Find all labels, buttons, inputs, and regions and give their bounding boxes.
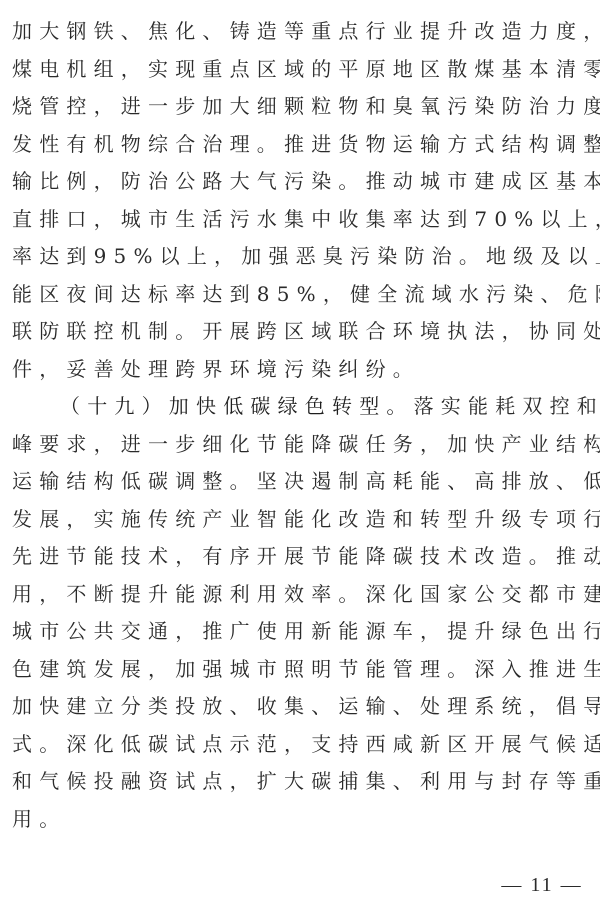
paragraph-low-carbon-transition: （十九）加快低碳绿色转型。落实能耗双控和2030年前碳达 峰要求，进一步细化节能… (12, 388, 590, 838)
text-line: 件，妥善处理跨界环境污染纠纷。 (12, 351, 590, 389)
text-line: 城市公共交通，推广使用新能源车，提升绿色出行比例。推动绿 (12, 613, 590, 651)
text-line: 式。深化低碳试点示范，支持西咸新区开展气候适应性城市试点 (12, 726, 590, 764)
text-line: 和气候投融资试点，扩大碳捕集、利用与封存等重点减排技术应 (12, 763, 590, 801)
text-line: 色建筑发展，加强城市照明节能管理。深入推进生活垃圾分类， (12, 651, 590, 689)
text-line: 联防联控机制。开展跨区域联合环境执法，协同处置突发环境事 (12, 313, 590, 351)
text-line: 率达到95%以上，加强恶臭污染防治。地级及以上城市声环境功 (12, 238, 590, 276)
text-line: 直排口，城市生活污水集中收集率达到70%以上，县城污水处理 (12, 201, 590, 239)
text-line: 发展，实施传统产业智能化改造和转型升级专项行动，大力推广 (12, 501, 590, 539)
heading-line-rest: 落实能耗双控和2030年前碳达 (414, 394, 600, 418)
text-line: 运输结构低碳调整。坚决遏制高耗能、高排放、低水平项目盲目 (12, 463, 590, 501)
text-line: 煤电机组，实现重点区域的平原地区散煤基本清零。实施秸秆焚 (12, 51, 590, 89)
text-line: 用，不断提升能源利用效率。深化国家公交都市建设，优先发展 (12, 576, 590, 614)
text-line: 用。 (12, 801, 590, 839)
text-line: 峰要求，进一步细化节能降碳任务，加快产业结构、能源结构和 (12, 426, 590, 464)
text-line: 加大钢铁、焦化、铸造等重点行业提升改造力度，加快淘汰落后 (12, 13, 590, 51)
paragraph-pollution-control: 加大钢铁、焦化、铸造等重点行业提升改造力度，加快淘汰落后 煤电机组，实现重点区域… (12, 13, 590, 388)
section-heading: （十九）加快低碳绿色转型。 (60, 394, 414, 418)
document-page: 加大钢铁、焦化、铸造等重点行业提升改造力度，加快淘汰落后 煤电机组，实现重点区域… (12, 13, 590, 838)
text-line: 能区夜间达标率达到85%，健全流域水污染、危险废物环境风险 (12, 276, 590, 314)
text-line: 加快建立分类投放、收集、运输、处理系统，倡导绿色生活方 (12, 688, 590, 726)
text-line-with-heading: （十九）加快低碳绿色转型。落实能耗双控和2030年前碳达 (12, 388, 590, 426)
text-line: 发性有机物综合治理。推进货物运输方式结构调整，提高铁路运 (12, 126, 590, 164)
text-line: 输比例，防治公路大气污染。推动城市建成区基本消除生活污水 (12, 163, 590, 201)
text-line: 烧管控，进一步加大细颗粒物和臭氧污染防治力度，深入推进挥 (12, 88, 590, 126)
page-number: — 11 — (500, 874, 584, 897)
text-line: 先进节能技术，有序开展节能降碳技术改造。推动可再生能源利 (12, 538, 590, 576)
